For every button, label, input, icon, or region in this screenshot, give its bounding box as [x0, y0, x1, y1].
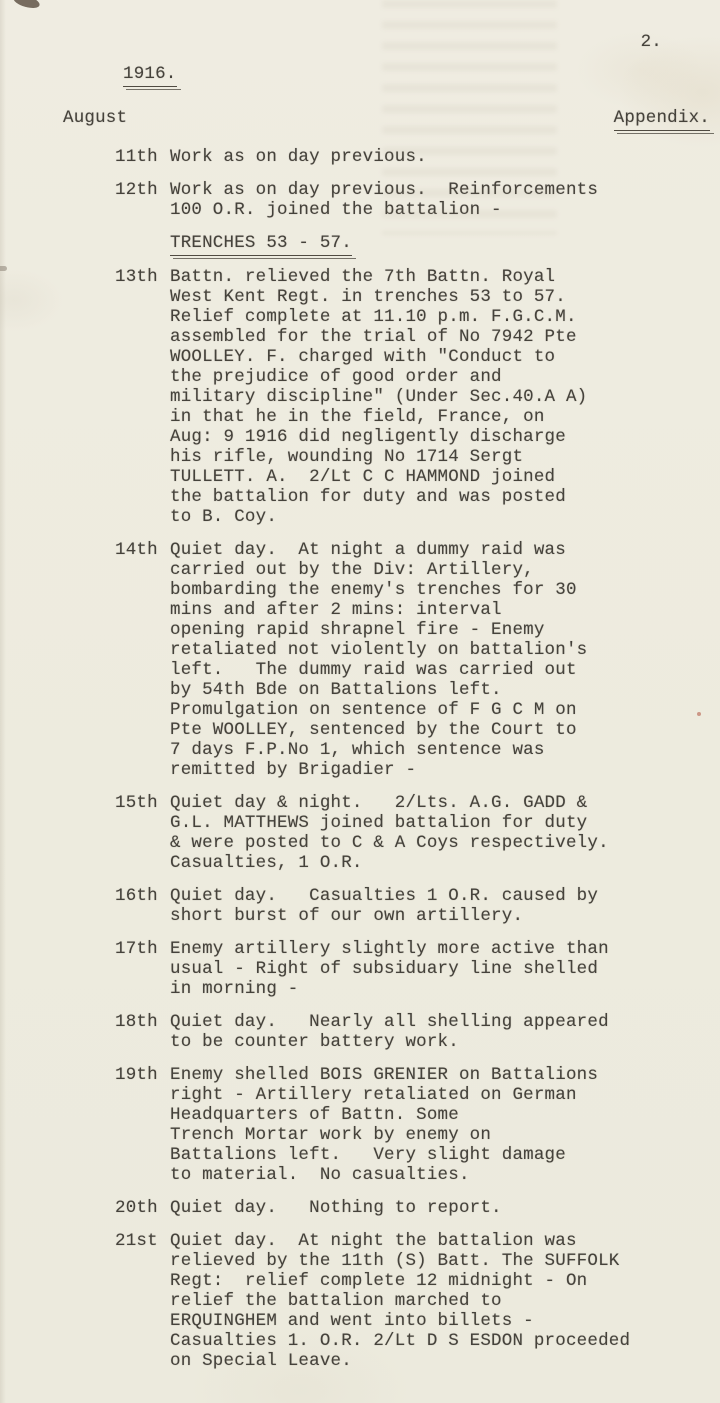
diary-entry: 15th Quiet day & night. 2/Lts. A.G. GADD… — [0, 793, 720, 873]
diary-entry: 20th Quiet day. Nothing to report. — [0, 1198, 720, 1218]
diary-entry: 19th Enemy shelled BOIS GRENIER on Batta… — [0, 1065, 720, 1185]
entry-day-spacer — [115, 233, 170, 256]
year-heading-text: 1916. — [123, 64, 177, 87]
binding-mark-artifact — [12, 0, 41, 11]
diary-entry: 21st Quiet day. At night the battalion w… — [0, 1231, 720, 1371]
section-heading: TRENCHES 53 - 57. — [170, 233, 352, 256]
diary-entry: 17th Enemy artillery slightly more activ… — [0, 939, 720, 999]
entry-day: 12th — [115, 180, 170, 220]
entry-day: 17th — [115, 939, 170, 999]
year-heading: 1916. — [123, 64, 720, 87]
entry-day: 11th — [115, 147, 170, 167]
entry-day: 15th — [115, 793, 170, 873]
entries-list: 11th Work as on day previous. 12th Work … — [0, 147, 720, 1371]
diary-entry: 11th Work as on day previous. — [0, 147, 720, 167]
entry-day: 13th — [115, 267, 170, 527]
diary-entry: 13th Battn. relieved the 7th Battn. Roya… — [0, 267, 720, 527]
month-label: August — [63, 108, 127, 128]
entry-text: Quiet day. Nothing to report. — [170, 1198, 502, 1218]
section-heading-row: TRENCHES 53 - 57. — [0, 233, 720, 256]
entry-text: Work as on day previous. Reinforcements … — [170, 180, 598, 220]
entry-text: Quiet day. At night a dummy raid was car… — [170, 540, 587, 780]
scan-edge-shadow — [0, 0, 6, 1403]
entry-day: 19th — [115, 1065, 170, 1185]
appendix-label: Appendix. — [614, 108, 710, 131]
entry-text: Quiet day & night. 2/Lts. A.G. GADD & G.… — [170, 793, 609, 873]
paper-speck-red — [697, 712, 701, 716]
diary-entry: 18th Quiet day. Nearly all shelling appe… — [0, 1012, 720, 1052]
entry-text: Quiet day. At night the battalion was re… — [170, 1231, 630, 1371]
page-number: 2. — [641, 32, 662, 52]
entry-text: Enemy shelled BOIS GRENIER on Battalions… — [170, 1065, 598, 1185]
diary-page: 2. 1916. August Appendix. 11th Work as o… — [0, 0, 720, 1403]
diary-entry: 12th Work as on day previous. Reinforcem… — [0, 180, 720, 220]
entry-text: Quiet day. Nearly all shelling appeared … — [170, 1012, 609, 1052]
entry-text: Battn. relieved the 7th Battn. Royal Wes… — [170, 267, 587, 527]
entry-day: 18th — [115, 1012, 170, 1052]
diary-entry: 16th Quiet day. Casualties 1 O.R. caused… — [0, 886, 720, 926]
entry-text: Quiet day. Casualties 1 O.R. caused by s… — [170, 886, 598, 926]
entry-day: 20th — [115, 1198, 170, 1218]
entry-day: 16th — [115, 886, 170, 926]
diary-entry: 14th Quiet day. At night a dummy raid wa… — [0, 540, 720, 780]
entry-text: Work as on day previous. — [170, 147, 427, 167]
entry-text: Enemy artillery slightly more active tha… — [170, 939, 609, 999]
entry-day: 21st — [115, 1231, 170, 1371]
subheader-row: August Appendix. — [63, 108, 710, 131]
entry-day: 14th — [115, 540, 170, 780]
